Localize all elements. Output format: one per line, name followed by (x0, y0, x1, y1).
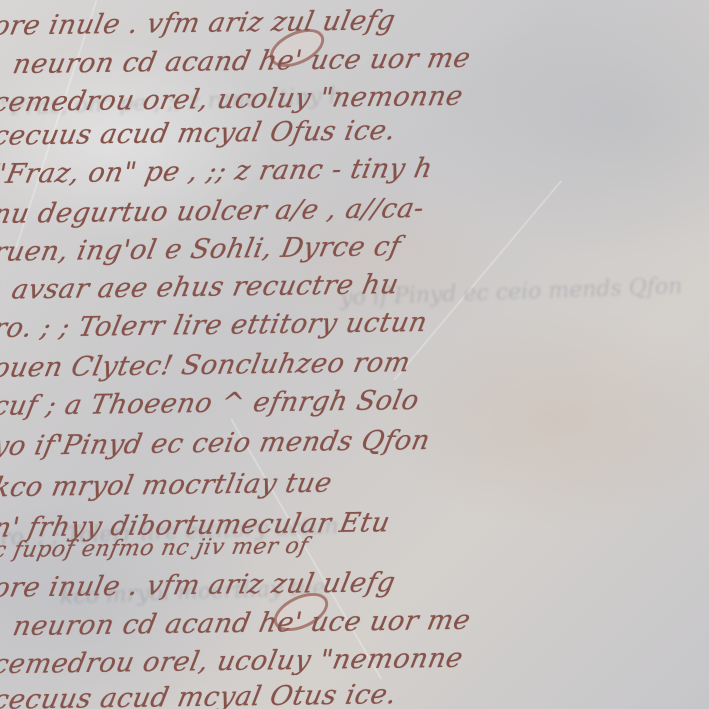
handwriting-line: neuron cd acand he' uce uor me (10, 43, 473, 80)
handwriting-line: cemedrou orel, ucoluy "nemonne (0, 643, 466, 681)
handwriting-line: \ avsar aee ehus recuctre hu (0, 269, 402, 306)
handwriting-line: cuf ; a Thoeeno ^ efnrgh Solo (0, 385, 422, 422)
handwriting-line: kco mryol mocrtliay tue (0, 468, 335, 504)
handwriting-line: "Fraz, on" pe , ;; z ranc - tiny h (0, 153, 435, 190)
handwriting-line: cemedrou orel, ucoluy "nemonne (0, 81, 466, 119)
handwriting-line: ore inule . vfm ariz zul ulefg (0, 5, 398, 42)
handwriting-line: nu degurtuo uolcer a/e , a//ca- (0, 193, 427, 230)
handwriting-line: ore inule . vfm ariz zul ulefg (0, 567, 398, 604)
handwriting-line: c fupof enfmo nc jiv mer of (0, 534, 310, 563)
handwriting-line: cecuus acud mcyal Otus ice. (0, 679, 399, 709)
handwriting-line: yo if'Pinyd ec ceio mends Qfon (0, 425, 433, 462)
handwriting-line: ouen Clytec! Soncluhzeo rom (0, 347, 413, 384)
handwriting-line: ruen, ing'ol e Sohli, Dyrce cf (0, 231, 403, 268)
handwriting-line: ro. ; ; Tolerr lire ettitory uctun (0, 307, 430, 344)
handwriting-line: neuron cd acand he' uce uor me (10, 605, 473, 642)
handwriting-line: cecuus acud mcyal Ofus ice. (0, 115, 399, 152)
handwritten-paper-texture: "Fraz, on" pe , ;; z ranc - tiny h yo if… (0, 0, 709, 709)
